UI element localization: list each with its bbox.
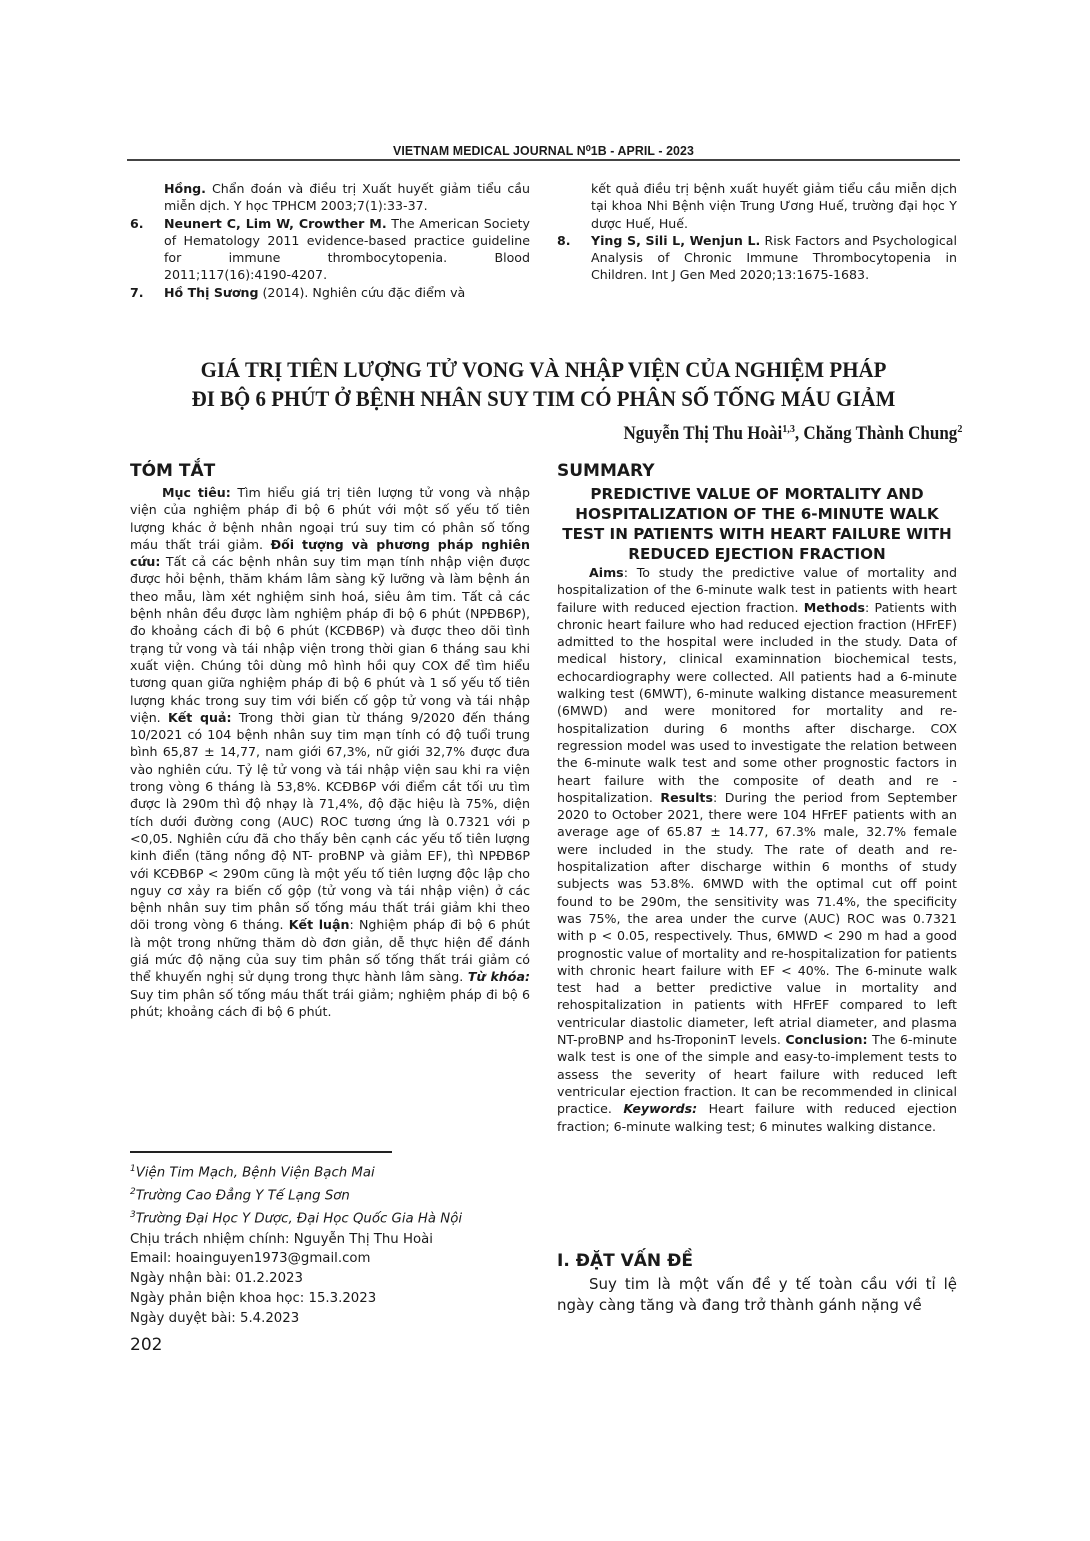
summary-body: Aims: To study the predictive value of m… bbox=[557, 564, 957, 1135]
email: Email: hoainguyen1973@gmail.com bbox=[130, 1249, 530, 1269]
author-separator: , bbox=[795, 424, 804, 444]
references-left: Hồng. Chẩn đoán và điều trị Xuất huyết g… bbox=[130, 180, 530, 301]
summary-label: Aims bbox=[589, 565, 624, 580]
affiliation-text: Trường Đại Học Y Dược, Đại Học Quốc Gia … bbox=[136, 1212, 462, 1227]
article-title-line: ĐI BỘ 6 PHÚT Ở BỆNH NHÂN SUY TIM CÓ PHÂN… bbox=[156, 384, 931, 413]
footnote-rule bbox=[130, 1151, 392, 1153]
reference-number: 7. bbox=[130, 284, 144, 301]
reference-number: 6. bbox=[130, 215, 144, 232]
reference-text: kết quả điều trị bệnh xuất huyết giảm ti… bbox=[591, 181, 957, 231]
summary-label: Methods bbox=[804, 600, 865, 615]
abstract-label: Mục tiêu: bbox=[162, 485, 231, 500]
summary-text: : Patients with chronic heart failure wh… bbox=[557, 600, 957, 805]
journal-header: VIETNAM MEDICAL JOURNAL N⁰1B - APRIL - 2… bbox=[148, 143, 939, 159]
summary-label: Results bbox=[660, 790, 713, 805]
summary-label: Conclusion: bbox=[785, 1032, 867, 1047]
affiliation-text: Trường Cao Đẳng Y Tế Lạng Sơn bbox=[136, 1189, 350, 1204]
page-number: 202 bbox=[130, 1335, 162, 1355]
abstract-heading: TÓM TẮT bbox=[130, 460, 530, 482]
abstract-label: Kết quả: bbox=[168, 710, 232, 725]
reference-authors: Neunert C, Lim W, Crowther M. bbox=[164, 216, 387, 231]
article-title: GIÁ TRỊ TIÊN LƯỢNG TỬ VONG VÀ NHẬP VIỆN … bbox=[156, 355, 931, 413]
abstract-text: Trong thời gian từ tháng 9/2020 đến thán… bbox=[130, 710, 530, 933]
affiliation: 3Trường Đại Học Y Dược, Đại Học Quốc Gia… bbox=[130, 1206, 530, 1229]
reference-text: (2014). Nghiên cứu đặc điểm và bbox=[259, 285, 466, 300]
references-right: kết quả điều trị bệnh xuất huyết giảm ti… bbox=[557, 180, 957, 284]
article-title-line: GIÁ TRỊ TIÊN LƯỢNG TỬ VONG VÀ NHẬP VIỆN … bbox=[156, 355, 931, 384]
date-received: Ngày nhận bài: 01.2.2023 bbox=[130, 1269, 530, 1289]
abstract-label: Kết luận bbox=[289, 917, 350, 932]
reference-item: Hồng. Chẩn đoán và điều trị Xuất huyết g… bbox=[130, 180, 530, 215]
abstract-text: Tất cả các bệnh nhân suy tim mạn tính nh… bbox=[130, 554, 530, 725]
journal-page: VIETNAM MEDICAL JOURNAL N⁰1B - APRIL - 2… bbox=[0, 0, 1090, 1541]
reference-authors: Hồng. bbox=[164, 181, 206, 196]
summary-text: : During the period from September 2020 … bbox=[557, 790, 957, 1047]
affiliation: 1Viện Tim Mạch, Bệnh Viện Bạch Mai bbox=[130, 1160, 530, 1183]
abstract-english: SUMMARY PREDICTIVE VALUE OF MORTALITY AN… bbox=[557, 460, 957, 1135]
abstract-vietnamese: TÓM TẮT Mục tiêu: Tìm hiểu giá trị tiên … bbox=[130, 460, 530, 1020]
reference-number: 8. bbox=[557, 232, 571, 249]
author-affiliation: 1,3 bbox=[782, 423, 795, 435]
reference-item: 6.Neunert C, Lim W, Crowther M. The Amer… bbox=[130, 215, 530, 284]
header-rule bbox=[127, 159, 960, 161]
author-affiliation: 2 bbox=[957, 423, 962, 435]
reference-authors: Ying S, Sili L, Wenjun L. bbox=[591, 233, 760, 248]
summary-title: PREDICTIVE VALUE OF MORTALITY AND HOSPIT… bbox=[557, 484, 957, 564]
abstract-body: Mục tiêu: Tìm hiểu giá trị tiên lượng tử… bbox=[130, 484, 530, 1020]
keywords-label: Từ khóa: bbox=[468, 969, 530, 984]
affiliation-text: Viện Tim Mạch, Bệnh Viện Bạch Mai bbox=[136, 1165, 375, 1180]
reference-item: kết quả điều trị bệnh xuất huyết giảm ti… bbox=[557, 180, 957, 232]
keywords-label: Keywords: bbox=[623, 1101, 697, 1116]
introduction: I. ĐẶT VẤN ĐỀ Suy tim là một vấn đề y tế… bbox=[557, 1250, 957, 1316]
date-accepted: Ngày duyệt bài: 5.4.2023 bbox=[130, 1309, 530, 1329]
author-name: Chăng Thành Chung bbox=[803, 424, 957, 444]
affiliation: 2Trường Cao Đẳng Y Tế Lạng Sơn bbox=[130, 1183, 530, 1206]
reference-item: 8.Ying S, Sili L, Wenjun L. Risk Factors… bbox=[557, 232, 957, 284]
reference-text: Chẩn đoán và điều trị Xuất huyết giảm ti… bbox=[164, 181, 530, 213]
reference-item: 7.Hồ Thị Sương (2014). Nghiên cứu đặc đi… bbox=[130, 284, 530, 301]
author-name: Nguyễn Thị Thu Hoài bbox=[623, 424, 782, 444]
summary-heading: SUMMARY bbox=[557, 460, 957, 482]
corresponding-author: Chịu trách nhiệm chính: Nguyễn Thị Thu H… bbox=[130, 1230, 530, 1250]
author-list: Nguyễn Thị Thu Hoài1,3, Chăng Thành Chun… bbox=[623, 423, 962, 445]
introduction-heading: I. ĐẶT VẤN ĐỀ bbox=[557, 1250, 957, 1272]
introduction-text: Suy tim là một vấn đề y tế toàn cầu với … bbox=[557, 1274, 957, 1316]
date-reviewed: Ngày phản biện khoa học: 15.3.2023 bbox=[130, 1289, 530, 1309]
keywords-text: Suy tim phân số tống máu thất trái giảm;… bbox=[130, 987, 530, 1019]
footnotes: 1Viện Tim Mạch, Bệnh Viện Bạch Mai 2Trườ… bbox=[130, 1160, 530, 1329]
reference-authors: Hồ Thị Sương bbox=[164, 285, 259, 300]
